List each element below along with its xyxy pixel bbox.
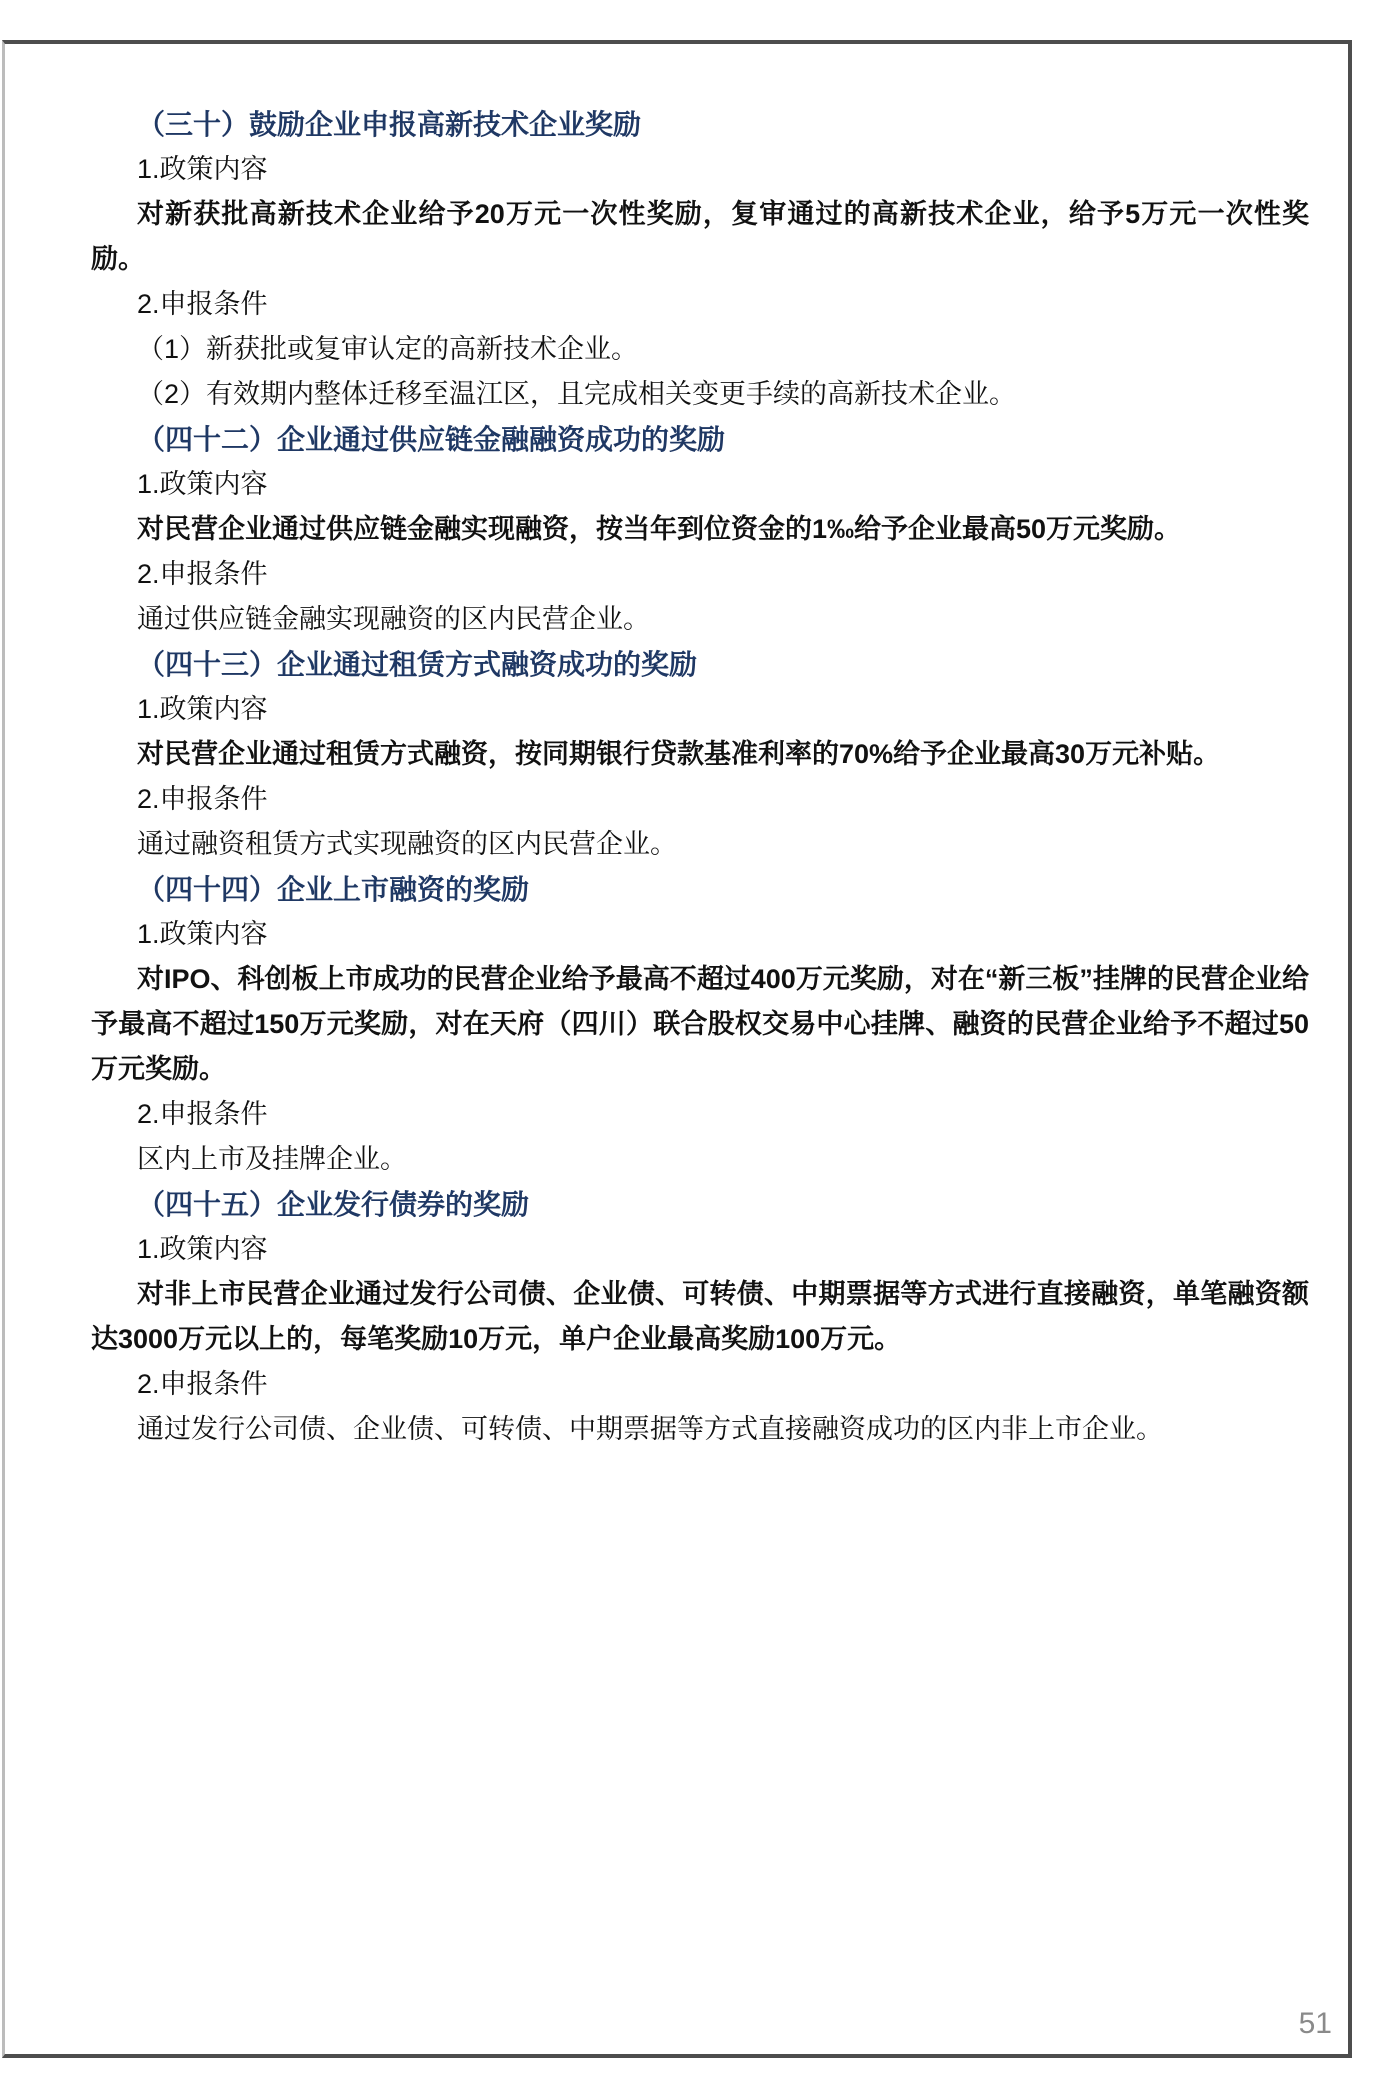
document-canvas: （三十）鼓励企业申报高新技术企业奖励 1.政策内容对新获批高新技术企业给予20万… xyxy=(0,0,1400,2100)
policy-text: 对IPO、科创板上市成功的民营企业给予最高不超过400万元奖励，对在“新三板”挂… xyxy=(91,957,1309,1092)
item-label: 1.政策内容 xyxy=(91,147,1309,192)
item-label: 1.政策内容 xyxy=(91,687,1309,732)
item-label: 2.申报条件 xyxy=(91,1092,1309,1137)
item-label: 2.申报条件 xyxy=(91,1362,1309,1407)
condition-text: 通过融资租赁方式实现融资的区内民营企业。 xyxy=(91,822,1309,867)
page-border: （三十）鼓励企业申报高新技术企业奖励 1.政策内容对新获批高新技术企业给予20万… xyxy=(2,40,1352,2058)
item-label: 1.政策内容 xyxy=(91,912,1309,957)
policy-text: 对非上市民营企业通过发行公司债、企业债、可转债、中期票据等方式进行直接融资，单笔… xyxy=(91,1272,1309,1362)
policy-section: （四十五）企业发行债券的奖励 1.政策内容对非上市民营企业通过发行公司债、企业债… xyxy=(91,1182,1309,1452)
condition-text: 区内上市及挂牌企业。 xyxy=(91,1137,1309,1182)
policy-section: （四十三）企业通过租赁方式融资成功的奖励 1.政策内容对民营企业通过租赁方式融资… xyxy=(91,642,1309,867)
item-label: 2.申报条件 xyxy=(91,552,1309,597)
item-label: 2.申报条件 xyxy=(91,777,1309,822)
item-label: 1.政策内容 xyxy=(91,1227,1309,1272)
page-content: （三十）鼓励企业申报高新技术企业奖励 1.政策内容对新获批高新技术企业给予20万… xyxy=(91,102,1309,1452)
section-heading: （四十三）企业通过租赁方式融资成功的奖励 xyxy=(91,642,1309,687)
section-heading: （三十）鼓励企业申报高新技术企业奖励 xyxy=(91,102,1309,147)
policy-text: 对新获批高新技术企业给予20万元一次性奖励，复审通过的高新技术企业，给予5万元一… xyxy=(91,192,1309,282)
item-label: 2.申报条件 xyxy=(91,282,1309,327)
section-heading: （四十二）企业通过供应链金融融资成功的奖励 xyxy=(91,417,1309,462)
policy-section: （四十四）企业上市融资的奖励 1.政策内容对IPO、科创板上市成功的民营企业给予… xyxy=(91,867,1309,1182)
section-heading: （四十四）企业上市融资的奖励 xyxy=(91,867,1309,912)
section-heading: （四十五）企业发行债券的奖励 xyxy=(91,1182,1309,1227)
page-number: 51 xyxy=(1299,2006,1332,2042)
condition-text: （2）有效期内整体迁移至温江区，且完成相关变更手续的高新技术企业。 xyxy=(91,372,1309,417)
condition-text: 通过供应链金融实现融资的区内民营企业。 xyxy=(91,597,1309,642)
condition-text: 通过发行公司债、企业债、可转债、中期票据等方式直接融资成功的区内非上市企业。 xyxy=(91,1407,1309,1452)
policy-section: （四十二）企业通过供应链金融融资成功的奖励 1.政策内容对民营企业通过供应链金融… xyxy=(91,417,1309,642)
policy-text: 对民营企业通过供应链金融实现融资，按当年到位资金的1‰给予企业最高50万元奖励。 xyxy=(91,507,1309,552)
policy-section: （三十）鼓励企业申报高新技术企业奖励 1.政策内容对新获批高新技术企业给予20万… xyxy=(91,102,1309,417)
item-label: 1.政策内容 xyxy=(91,462,1309,507)
policy-text: 对民营企业通过租赁方式融资，按同期银行贷款基准利率的70%给予企业最高30万元补… xyxy=(91,732,1309,777)
condition-text: （1）新获批或复审认定的高新技术企业。 xyxy=(91,327,1309,372)
